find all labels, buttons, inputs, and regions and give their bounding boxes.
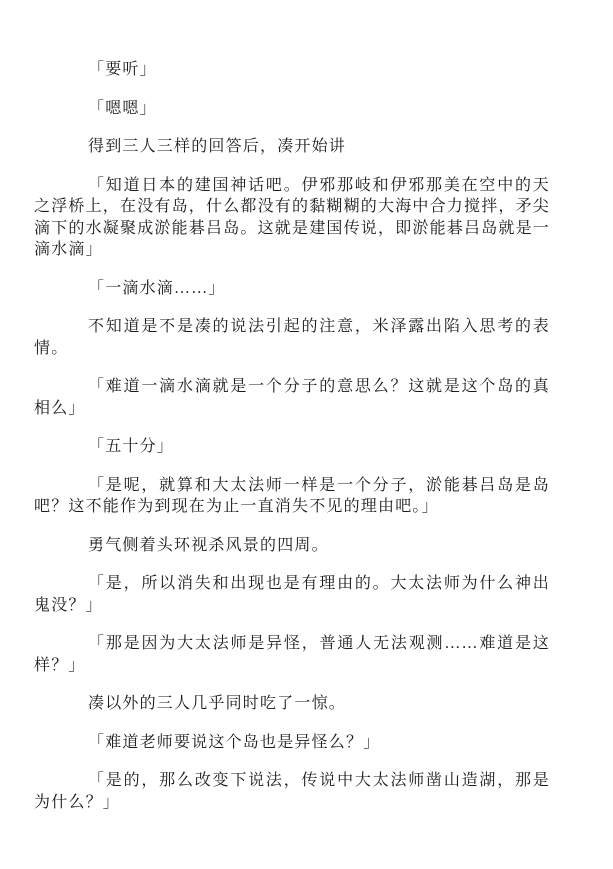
document-page: 「要听」 「嗯嗯」 得到三人三样的回答后，凑开始讲 「知道日本的建国神话吧。伊邪…: [0, 0, 613, 869]
paragraph: 「难道一滴水滴就是一个分子的意思么？这就是这个岛的真相么」: [34, 376, 550, 419]
paragraph: 「知道日本的建国神话吧。伊邪那岐和伊邪那美在空中的天之浮桥上，在没有岛，什么都没…: [34, 175, 550, 261]
paragraph: 得到三人三样的回答后，凑开始讲: [34, 136, 550, 158]
paragraph: 不知道是不是凑的说法引起的注意，米泽露出陷入思考的表情。: [34, 316, 550, 359]
paragraph: 「难道老师要说这个岛也是异怪么？」: [34, 732, 550, 754]
paragraph: 「是的，那么改变下说法，传说中大太法师凿山造湖，那是为什么？」: [34, 770, 550, 813]
paragraph: 「是，所以消失和出现也是有理由的。大太法师为什么神出鬼没？」: [34, 573, 550, 616]
paragraph: 「五十分」: [34, 436, 550, 458]
paragraph: 凑以外的三人几乎同时吃了一惊。: [34, 693, 550, 715]
paragraph: 「要听」: [34, 59, 550, 81]
paragraph: 「那是因为大太法师是异怪，普通人无法观测……难道是这样？」: [34, 633, 550, 676]
paragraph: 「嗯嗯」: [34, 98, 550, 120]
paragraph: 「是呢，就算和大太法师一样是一个分子，淤能碁吕岛是岛吧？这不能作为到现在为止一直…: [34, 475, 550, 518]
paragraph: 「一滴水滴……」: [34, 278, 550, 300]
paragraph: 勇气侧着头环视杀风景的四周。: [34, 535, 550, 557]
